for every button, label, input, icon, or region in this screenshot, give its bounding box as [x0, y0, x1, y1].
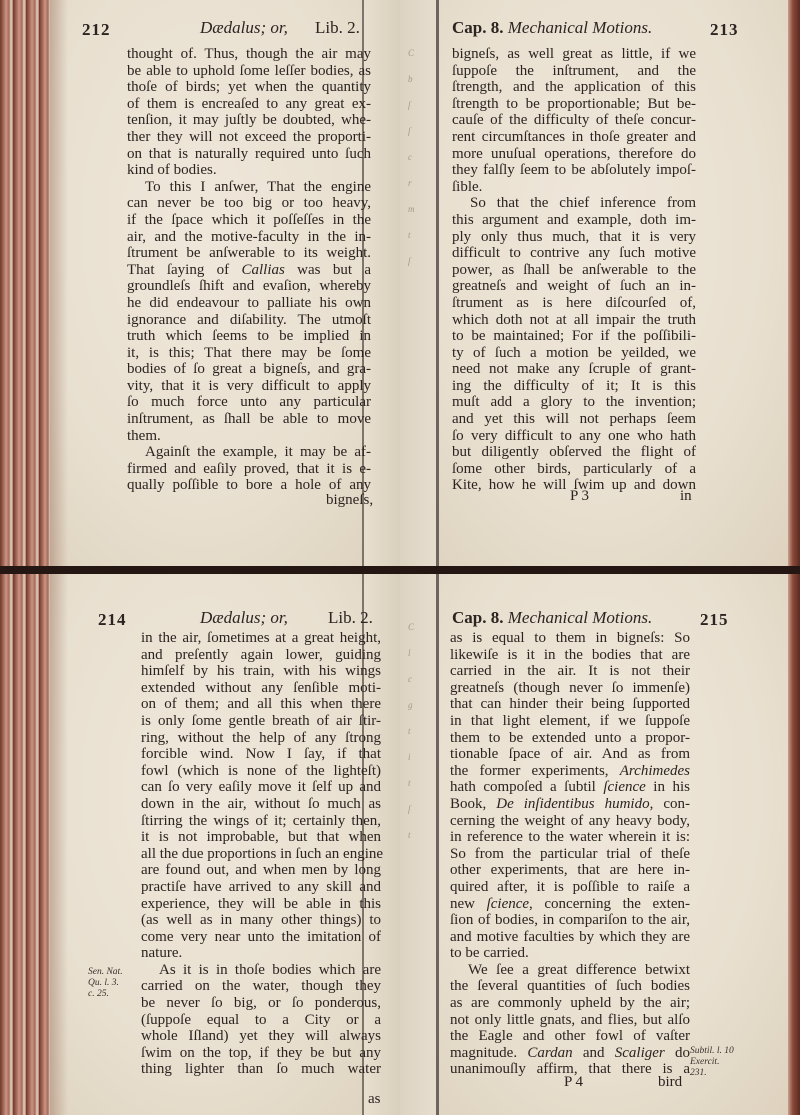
- bleed-through-margin: Cbſſcrmtſ: [408, 40, 428, 274]
- folio-number: 215: [700, 610, 729, 630]
- text-line: whole Iſland) yet they will always: [141, 1028, 381, 1045]
- text-line: if the ſpace which it poſſeſſes in the: [127, 212, 371, 229]
- text-line: to be carried.: [450, 945, 690, 962]
- page-body-text: in the air, ſometimes at a great height,…: [141, 630, 381, 1078]
- marginal-note: Subtil. l. 10 Exercit. 231.: [690, 1046, 734, 1079]
- text-line: To this I anſwer, That the engine: [127, 179, 371, 196]
- running-title: Cap. 8. Mechanical Motions.: [452, 608, 652, 628]
- text-line: ſible.: [452, 179, 696, 196]
- book-label: Lib. 2.: [315, 18, 360, 38]
- catchword: bigneſs,: [326, 492, 373, 509]
- text-line: kind of bodies.: [127, 162, 371, 179]
- text-line: quired after, it is poſſible to raiſe a: [450, 879, 690, 896]
- text-line: other experiments, that are here in-: [450, 862, 690, 879]
- text-line: ſtrength, and the application of this: [452, 79, 696, 96]
- text-line: ſtrument as is here diſcourſed of,: [452, 295, 696, 312]
- text-line: practiſe have arrived to any skill and: [141, 879, 381, 896]
- text-line: thoſe of birds; yet when the quantity: [127, 79, 371, 96]
- text-line: ply only thus much, that it is very: [452, 229, 696, 246]
- running-title: Cap. 8. Mechanical Motions.: [452, 18, 652, 38]
- page-body-text: as is equal to them in bigneſs: Solikewi…: [450, 630, 690, 1078]
- chapter-label: Cap. 8.: [452, 18, 503, 37]
- folio-number: 214: [98, 610, 127, 630]
- text-line: tionable ſpace of air. And as from: [450, 746, 690, 763]
- text-line: of them is encreaſed to any great ex-: [127, 96, 371, 113]
- text-line: We ſee a great difference betwixt: [450, 962, 690, 979]
- text-line: but diligently obſerved the flight of: [452, 444, 696, 461]
- text-line: ſuppoſe the inſtrument, and the: [452, 63, 696, 80]
- text-line: ſtirring the wings of it; certainly then…: [141, 813, 381, 830]
- text-line: he did endeavour to palliate his own: [127, 295, 371, 312]
- text-line: ſome other birds, particularly of a: [452, 461, 696, 478]
- text-line: muſt add a glory to the invention;: [452, 394, 696, 411]
- text-line: likewiſe is it in the bodies that are: [450, 647, 690, 664]
- text-line: That ſaying of Callias was but a: [127, 262, 371, 279]
- text-line: thought of. Thus, though the air may: [127, 46, 371, 63]
- text-line: difficult to contrive any ſuch motive: [452, 245, 696, 262]
- text-line: are found out, and when men by long: [141, 862, 381, 879]
- page-edge-right: [788, 574, 800, 1115]
- text-line: ſo very difficult to any one who hath: [452, 428, 696, 445]
- text-line: it, is this; That there may be ſome: [127, 345, 371, 362]
- text-line: rent circumſtances in thoſe greater and: [452, 129, 696, 146]
- book-label: Lib. 2.: [328, 608, 373, 628]
- text-line: can ſo very eaſily move it ſelf up and: [141, 779, 381, 796]
- spread-divider: [0, 566, 800, 574]
- running-title-text: Mechanical Motions.: [508, 18, 652, 37]
- text-line: and yet this will not perhaps ſeem: [452, 411, 696, 428]
- text-line: as are commonly upheld by the air;: [450, 995, 690, 1012]
- gutter-shadow: Clcgtitſt: [400, 574, 439, 1115]
- top-spread: 212 Dædalus; or, Lib. 2. thought of. Thu…: [0, 0, 800, 566]
- text-line: need not make any ſcruple of grant-: [452, 361, 696, 378]
- page-213: Cbſſcrmtſ Cap. 8. Mechanical Motions. 21…: [400, 0, 800, 566]
- bleed-through-margin: Clcgtitſt: [408, 614, 428, 848]
- text-line: on that is naturally required unto ſuch: [127, 146, 371, 163]
- marginal-note-line: 231.: [690, 1068, 734, 1079]
- page-body-text: thought of. Thus, though the air maybe a…: [127, 46, 371, 494]
- text-line: to be maintained; For if the poſſibili-: [452, 328, 696, 345]
- signature-mark: P 3: [570, 488, 589, 505]
- text-line: cerning the weight of any heavy body,: [450, 813, 690, 830]
- text-line: not only little gnats, and flies, but al…: [450, 1012, 690, 1029]
- running-title-text: Mechanical Motions.: [508, 608, 652, 627]
- text-line: ſwim on the top, if they be but any: [141, 1045, 381, 1062]
- text-line: ſo much force unto any particular: [127, 394, 371, 411]
- catchword: bird: [658, 1074, 682, 1091]
- text-line: experience, they will be able in this: [141, 896, 381, 913]
- text-line: As it is in thoſe bodies which are: [141, 962, 381, 979]
- text-line: down in the air, without ſo much as: [141, 796, 381, 813]
- text-line: ſtrument be anſwerable to its weight.: [127, 245, 371, 262]
- text-line: thing lighter than ſo much water: [141, 1061, 381, 1078]
- text-line: as is equal to them in bigneſs: So: [450, 630, 690, 647]
- marginal-note-line: Subtil. l. 10: [690, 1046, 734, 1057]
- text-line: come very near unto the imitation of: [141, 929, 381, 946]
- text-line: and motive faculties by which they are: [450, 929, 690, 946]
- text-line: ignorance and diſability. The utmoſt: [127, 312, 371, 329]
- text-line: them to be extended unto a propor-: [450, 730, 690, 747]
- marginal-note-line: Exercit.: [690, 1057, 734, 1068]
- text-line: this argument and example, doth im-: [452, 212, 696, 229]
- gutter-shadow: Cbſſcrmtſ: [400, 0, 439, 566]
- catchword: as: [368, 1091, 381, 1108]
- running-title: Dædalus; or,: [200, 18, 288, 38]
- text-line: groundleſs ſhift and evaſion, whereby: [127, 278, 371, 295]
- text-line: it is not improbable, but that when: [141, 829, 381, 846]
- text-line: fowl (which is none of the lighteſt): [141, 763, 381, 780]
- text-line: himſelf by his train, with his wings: [141, 663, 381, 680]
- text-line: is only ſome gentle breath of air ſtir-: [141, 713, 381, 730]
- text-line: ing the difficulty of it; It is this: [452, 378, 696, 395]
- text-line: which doth not at all impair the truth: [452, 312, 696, 329]
- text-line: So from the particular trial of theſe: [450, 846, 690, 863]
- marginal-note-line: c. 25.: [88, 989, 123, 1000]
- text-line: they falſly ſeem to be abſolutely impoſ-: [452, 162, 696, 179]
- text-line: ſion of bodies, in compariſon to the air…: [450, 912, 690, 929]
- text-line: ſtrength to be proportionable; But be-: [452, 96, 696, 113]
- text-line: the former experiments, Archimedes: [450, 763, 690, 780]
- text-line: ring, without the help of any ſtrong: [141, 730, 381, 747]
- text-line: bigneſs, as well great as little, if we: [452, 46, 696, 63]
- chapter-label: Cap. 8.: [452, 608, 503, 627]
- text-line: ther they will not exceed the proporti-: [127, 129, 371, 146]
- text-line: in reference to the water wherein it is:: [450, 829, 690, 846]
- text-line: greatneſs (though never ſo immenſe): [450, 680, 690, 697]
- page-215: Clcgtitſt Cap. 8. Mechanical Motions. 21…: [400, 574, 800, 1115]
- text-line: greatneſs and weight of ſuch an in-: [452, 278, 696, 295]
- text-line: be never ſo big, or ſo ponderous,: [141, 995, 381, 1012]
- marginal-note-line: Qu. l. 3.: [88, 978, 123, 989]
- folio-number: 213: [710, 20, 739, 40]
- text-line: nature.: [141, 945, 381, 962]
- page-edge-stack: [0, 574, 50, 1115]
- text-line: the ſeveral quantities of ſuch bodies: [450, 978, 690, 995]
- text-line: on of them; and all this when there: [141, 696, 381, 713]
- text-line: bodies of ſo great a bigneſs, and gra-: [127, 361, 371, 378]
- text-line: extended without any ſenſible moti-: [141, 680, 381, 697]
- page-body-text: bigneſs, as well great as little, if weſ…: [452, 46, 696, 494]
- folio-number: 212: [82, 20, 111, 40]
- text-line: (as well as in many other things) to: [141, 912, 381, 929]
- page-212: 212 Dædalus; or, Lib. 2. thought of. Thu…: [0, 0, 400, 566]
- text-line: So that the chief inference from: [452, 195, 696, 212]
- text-line: the Eagle and other fowl of vaſter: [450, 1028, 690, 1045]
- text-line: vity, that it is very difficult to apply: [127, 378, 371, 395]
- marginal-note: Sen. Nat. Qu. l. 3. c. 25.: [88, 967, 123, 1000]
- text-line: that can hinder their being ſupported: [450, 696, 690, 713]
- text-line: inſtrument, as ſhall be able to move: [127, 411, 371, 428]
- text-line: firmed and eaſily proved, that it is e-: [127, 461, 371, 478]
- page-edge-stack: [0, 0, 50, 566]
- text-line: tenſion, it may juſtly be doubted, whe-: [127, 112, 371, 129]
- text-line: them.: [127, 428, 371, 445]
- text-line: truth which ſeems to be implied in: [127, 328, 371, 345]
- text-line: cauſe of the difficulty of theſe concur-: [452, 112, 696, 129]
- text-line: (ſuppoſe equal to a City or a: [141, 1012, 381, 1029]
- text-line: air, and the motive-faculty in the in-: [127, 229, 371, 246]
- text-line: carried on the water, though they: [141, 978, 381, 995]
- text-line: new ſcience, concerning the exten-: [450, 896, 690, 913]
- text-line: can never be too big or too heavy,: [127, 195, 371, 212]
- text-line: Againſt the example, it may be af-: [127, 444, 371, 461]
- text-line: ty of ſuch a motion be yeilded, we: [452, 345, 696, 362]
- bottom-spread: 214 Dædalus; or, Lib. 2. in the air, ſom…: [0, 574, 800, 1115]
- text-line: in that light element, if we ſuppoſe: [450, 713, 690, 730]
- text-line: power, as ſhall be anſwerable to the: [452, 262, 696, 279]
- catchword: in: [680, 488, 692, 505]
- text-line: magnitude. Cardan and Scaliger do: [450, 1045, 690, 1062]
- text-line: be able to uphold ſome leſſer bodies, as: [127, 63, 371, 80]
- text-line: all the due proportions in ſuch an engin…: [141, 846, 381, 863]
- running-title: Dædalus; or,: [200, 608, 288, 628]
- text-line: hath compoſed a ſubtil ſcience in his: [450, 779, 690, 796]
- text-line: carried in the air. It is not their: [450, 663, 690, 680]
- text-line: and preſently again lower, guiding: [141, 647, 381, 664]
- text-line: forcible wind. Now I ſay, if that: [141, 746, 381, 763]
- page-214: 214 Dædalus; or, Lib. 2. in the air, ſom…: [0, 574, 400, 1115]
- signature-mark: P 4: [564, 1074, 583, 1091]
- marginal-note-line: Sen. Nat.: [88, 967, 123, 978]
- text-line: in the air, ſometimes at a great height,: [141, 630, 381, 647]
- page-edge-right: [788, 0, 800, 566]
- text-line: Book, De inſidentibus humido, con-: [450, 796, 690, 813]
- text-line: more unuſual operations, therefore do: [452, 146, 696, 163]
